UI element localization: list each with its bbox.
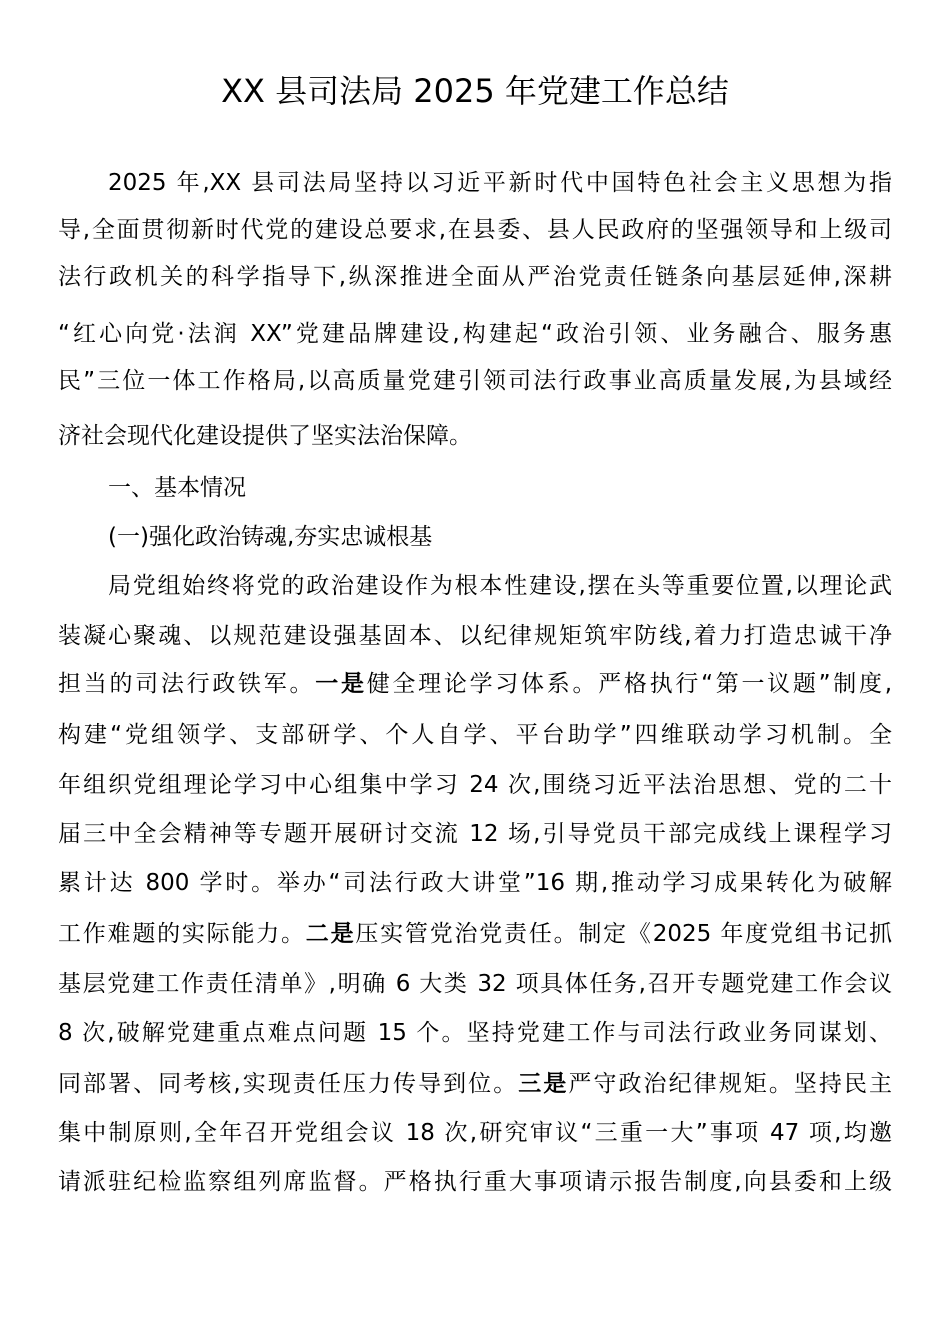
intro-line-3: 法行政机关的科学指导下,纵深推进全面从严治党责任链条向基层延伸,深耕 <box>58 254 892 301</box>
document-title: XX 县司法局 2025 年党建工作总结 <box>0 66 950 116</box>
body-line-text: 健全理论学习体系。严格执行“第一议题”制度, <box>367 671 892 697</box>
body-line-2: 装凝心聚魂、以规范建设强基固本、以纪律规矩筑牢防线,着力打造忠诚干净 <box>58 613 892 660</box>
body-line-8: 工作难题的实际能力。二是压实管党治党责任。制定《2025 年度党组书记抓 <box>58 911 892 958</box>
body-line-1: 局党组始终将党的政治建设作为根本性建设,摆在头等重要位置,以理论武 <box>108 563 892 610</box>
body-line-text: 工作难题的实际能力。 <box>58 921 306 947</box>
body-line-13: 请派驻纪检监察组列席监督。严格执行重大事项请示报告制度,向县委和上级 <box>58 1159 892 1206</box>
body-line-7: 累计达 800 学时。举办“司法行政大讲堂”16 期,推动学习成果转化为破解 <box>58 860 892 907</box>
body-line-text: 基层党建工作责任清单》,明确 6 大类 32 项具体任务,召开专题党建工作会议 <box>58 971 892 997</box>
intro-line-5: 民”三位一体工作格局,以高质量党建引领司法行政事业高质量发展,为县域经 <box>58 358 892 405</box>
body-line-text: 届三中全会精神等专题开展研讨交流 12 场,引导党员干部完成线上课程学习 <box>58 821 892 847</box>
body-line-5: 年组织党组理论学习中心组集中学习 24 次,围绕习近平法治思想、党的二十 <box>58 762 892 809</box>
intro-line-4: “红心向党·法润 XX”党建品牌建设,构建起“政治引领、业务融合、服务惠 <box>58 311 892 358</box>
body-line-text: 压实管党治党责任。制定《2025 年度党组书记抓 <box>355 921 892 947</box>
body-line-3: 担当的司法行政铁军。一是健全理论学习体系。严格执行“第一议题”制度, <box>58 661 892 708</box>
intro-line-2: 导,全面贯彻新时代党的建设总要求,在县委、县人民政府的坚强领导和上级司 <box>58 207 892 254</box>
body-line-text: 累计达 800 学时。举办“司法行政大讲堂”16 期,推动学习成果转化为破解 <box>58 870 892 896</box>
body-line-12: 集中制原则,全年召开党组会议 18 次,研究审议“三重一大”事项 47 项,均邀 <box>58 1110 892 1157</box>
body-line-text: 装凝心聚魂、以规范建设强基固本、以纪律规矩筑牢防线,着力打造忠诚干净 <box>58 623 892 649</box>
body-line-text: 担当的司法行政铁军。 <box>58 671 315 697</box>
emphasis-label: 一是 <box>315 671 366 697</box>
body-line-text: 请派驻纪检监察组列席监督。严格执行重大事项请示报告制度,向县委和上级 <box>58 1169 892 1195</box>
body-line-text: 严守政治纪律规矩。坚持民主 <box>568 1071 892 1097</box>
emphasis-label: 三是 <box>518 1071 568 1097</box>
body-line-4: 构建“党组领学、支部研学、个人自学、平台助学”四维联动学习机制。全 <box>58 712 892 759</box>
body-line-text: 8 次,破解党建重点难点问题 15 个。坚持党建工作与司法行政业务同谋划、 <box>58 1020 892 1046</box>
body-line-10: 8 次,破解党建重点难点问题 15 个。坚持党建工作与司法行政业务同谋划、 <box>58 1010 892 1057</box>
body-line-text: 年组织党组理论学习中心组集中学习 24 次,围绕习近平法治思想、党的二十 <box>58 772 892 798</box>
section-heading: 一、基本情况 <box>108 465 246 512</box>
emphasis-label: 二是 <box>306 921 356 947</box>
body-line-text: 同部署、同考核,实现责任压力传导到位。 <box>58 1071 518 1097</box>
body-line-text: 局党组始终将党的政治建设作为根本性建设,摆在头等重要位置,以理论武 <box>108 573 892 599</box>
body-line-6: 届三中全会精神等专题开展研讨交流 12 场,引导党员干部完成线上课程学习 <box>58 811 892 858</box>
body-line-text: 集中制原则,全年召开党组会议 18 次,研究审议“三重一大”事项 47 项,均邀 <box>58 1120 892 1146</box>
document-page: XX 县司法局 2025 年党建工作总结 2025 年,XX 县司法局坚持以习近… <box>0 0 950 1344</box>
subsection-heading: (一)强化政治铸魂,夯实忠诚根基 <box>108 514 432 561</box>
body-line-11: 同部署、同考核,实现责任压力传导到位。三是严守政治纪律规矩。坚持民主 <box>58 1061 892 1108</box>
intro-line-6: 济社会现代化建设提供了坚实法治保障。 <box>58 413 892 460</box>
body-line-9: 基层党建工作责任清单》,明确 6 大类 32 项具体任务,召开专题党建工作会议 <box>58 961 892 1008</box>
intro-line-1: 2025 年,XX 县司法局坚持以习近平新时代中国特色社会主义思想为指 <box>108 160 892 207</box>
body-line-text: 构建“党组领学、支部研学、个人自学、平台助学”四维联动学习机制。全 <box>58 722 892 748</box>
